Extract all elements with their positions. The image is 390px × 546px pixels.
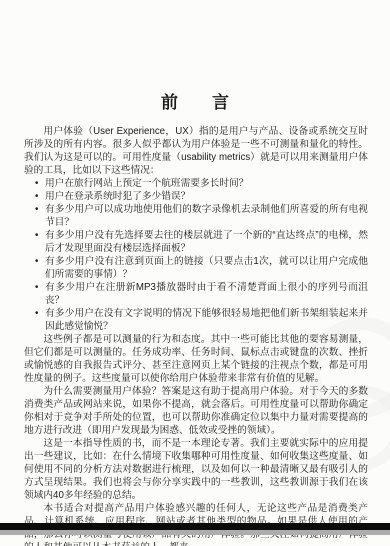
bullet-text: 有多少用户在注册新MP3播放器时由于看不清楚背面上很小的序列号而沮丧？: [45, 282, 368, 306]
bullet-text: 有多少用户在没有文字说明的情况下能够很轻易地把他们新书架组装起来并因此感觉愉悦？: [45, 308, 368, 332]
footer-rule-black: [0, 523, 390, 530]
footer-rule-grey: [0, 530, 390, 535]
bullet-item: •用户在旅行网站上预定一个航班需要多长时间？: [34, 177, 368, 190]
bullet-text: 有多少用户可以成功地使用他们的数字录像机去录制他们所喜爱的所有电视节目？: [45, 204, 368, 228]
page-title: 前 言: [0, 88, 390, 113]
bullet-text: 用户在登录系统时犯了多少错误？: [45, 191, 190, 202]
bullet-text: 有多少用户没有先选择要去往的楼层就进了一个新的“直达终点”的电梯，然后才发现里面…: [45, 230, 368, 254]
bullet-item: •有多少用户可以成功地使用他们的数字录像机去录制他们所喜爱的所有电视节目？: [34, 203, 368, 229]
bullet-item: •有多少用户在注册新MP3播放器时由于看不清楚背面上很小的序列号而沮丧？: [34, 281, 368, 307]
paragraph: 这些例子都是可以测量的行为和态度。其中一些可能比其他的要容易测量，但它们都是可以…: [24, 333, 368, 385]
bullet-icon: •: [35, 203, 38, 216]
bullet-item: •用户在登录系统时犯了多少错误？: [34, 190, 368, 203]
bullet-item: •有多少用户没有注意到页面上的链接（只要点击1次，就可以让用户完成他们所需要的事…: [34, 255, 368, 281]
paragraph: 为什么需要测量用户体验？答案是这有助于提高用户体验。对于今天的多数消费类产品或网…: [24, 385, 368, 437]
bullet-icon: •: [35, 190, 38, 203]
paragraph: 这是一本指导性质的书，而不是一本理论专著。我们主要就实际中的应用提出一些建议，比…: [24, 437, 368, 502]
bullet-text: 用户在旅行网站上预定一个航班需要多长时间？: [45, 178, 248, 189]
bullet-icon: •: [35, 281, 38, 294]
bullet-item: •有多少用户在没有文字说明的情况下能够很轻易地把他们新书架组装起来并因此感觉愉悦…: [34, 307, 368, 333]
preface-body: 用户体验（User Experience，UX）指的是用户与产品、设备或系统交互…: [24, 125, 368, 546]
bullet-icon: •: [35, 307, 38, 320]
scanned-book-page: 前 言 用户体验（User Experience，UX）指的是用户与产品、设备或…: [0, 0, 390, 546]
bullet-text: 有多少用户没有注意到页面上的链接（只要点击1次，就可以让用户完成他们所需要的事情…: [45, 256, 368, 280]
bullet-item: •有多少用户没有先选择要去往的楼层就进了一个新的“直达终点”的电梯，然后才发现里…: [34, 229, 368, 255]
bullet-icon: •: [35, 177, 38, 190]
bullet-icon: •: [35, 229, 38, 242]
bullet-icon: •: [35, 255, 38, 268]
paragraph: 用户体验（User Experience，UX）指的是用户与产品、设备或系统交互…: [24, 125, 368, 177]
